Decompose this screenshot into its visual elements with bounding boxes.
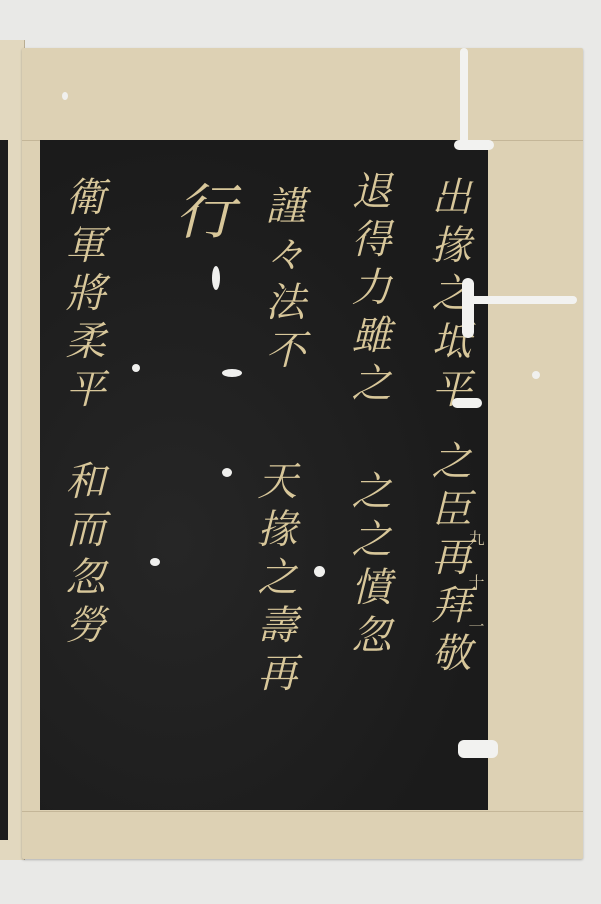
worm-hole	[532, 371, 540, 379]
paper-crease-bottom	[22, 811, 583, 812]
worm-hole	[212, 266, 220, 290]
adjacent-rubbing-edge	[0, 140, 8, 840]
ink-rubbing-block: 出掾之坻平 之臣再拜敬 九十一 退得力雖之 之之憤忽 謹々法不 天掾之壽再 行 …	[40, 140, 488, 810]
page-number: 九十一	[464, 530, 487, 662]
worm-hole	[222, 369, 242, 377]
paper-tear	[452, 398, 482, 408]
worm-hole	[62, 92, 68, 100]
calligraphy-column-5: 衛軍將柔平	[62, 176, 102, 416]
calligraphy-column-2: 退得力雖之	[348, 170, 388, 410]
worm-hole	[314, 566, 325, 577]
worm-hole	[150, 558, 160, 566]
calligraphy-column-3: 謹々法不	[262, 185, 302, 377]
worm-hole	[222, 468, 232, 477]
calligraphy-column-2b: 之之憤忽	[348, 470, 388, 662]
paper-tear	[458, 740, 498, 758]
paper-tear	[467, 296, 577, 304]
calligraphy-column-4: 行	[170, 180, 230, 248]
worm-hole	[132, 364, 140, 372]
paper-tear	[462, 278, 474, 338]
paper-tear	[460, 48, 468, 148]
paper-tear	[454, 140, 494, 150]
calligraphy-column-5b: 和而忽勞	[62, 460, 102, 652]
calligraphy-column-1b: 之臣再拜敬	[428, 440, 468, 680]
calligraphy-column-3b: 天掾之壽再	[254, 460, 294, 700]
book-page: 出掾之坻平 之臣再拜敬 九十一 退得力雖之 之之憤忽 謹々法不 天掾之壽再 行 …	[22, 48, 583, 859]
